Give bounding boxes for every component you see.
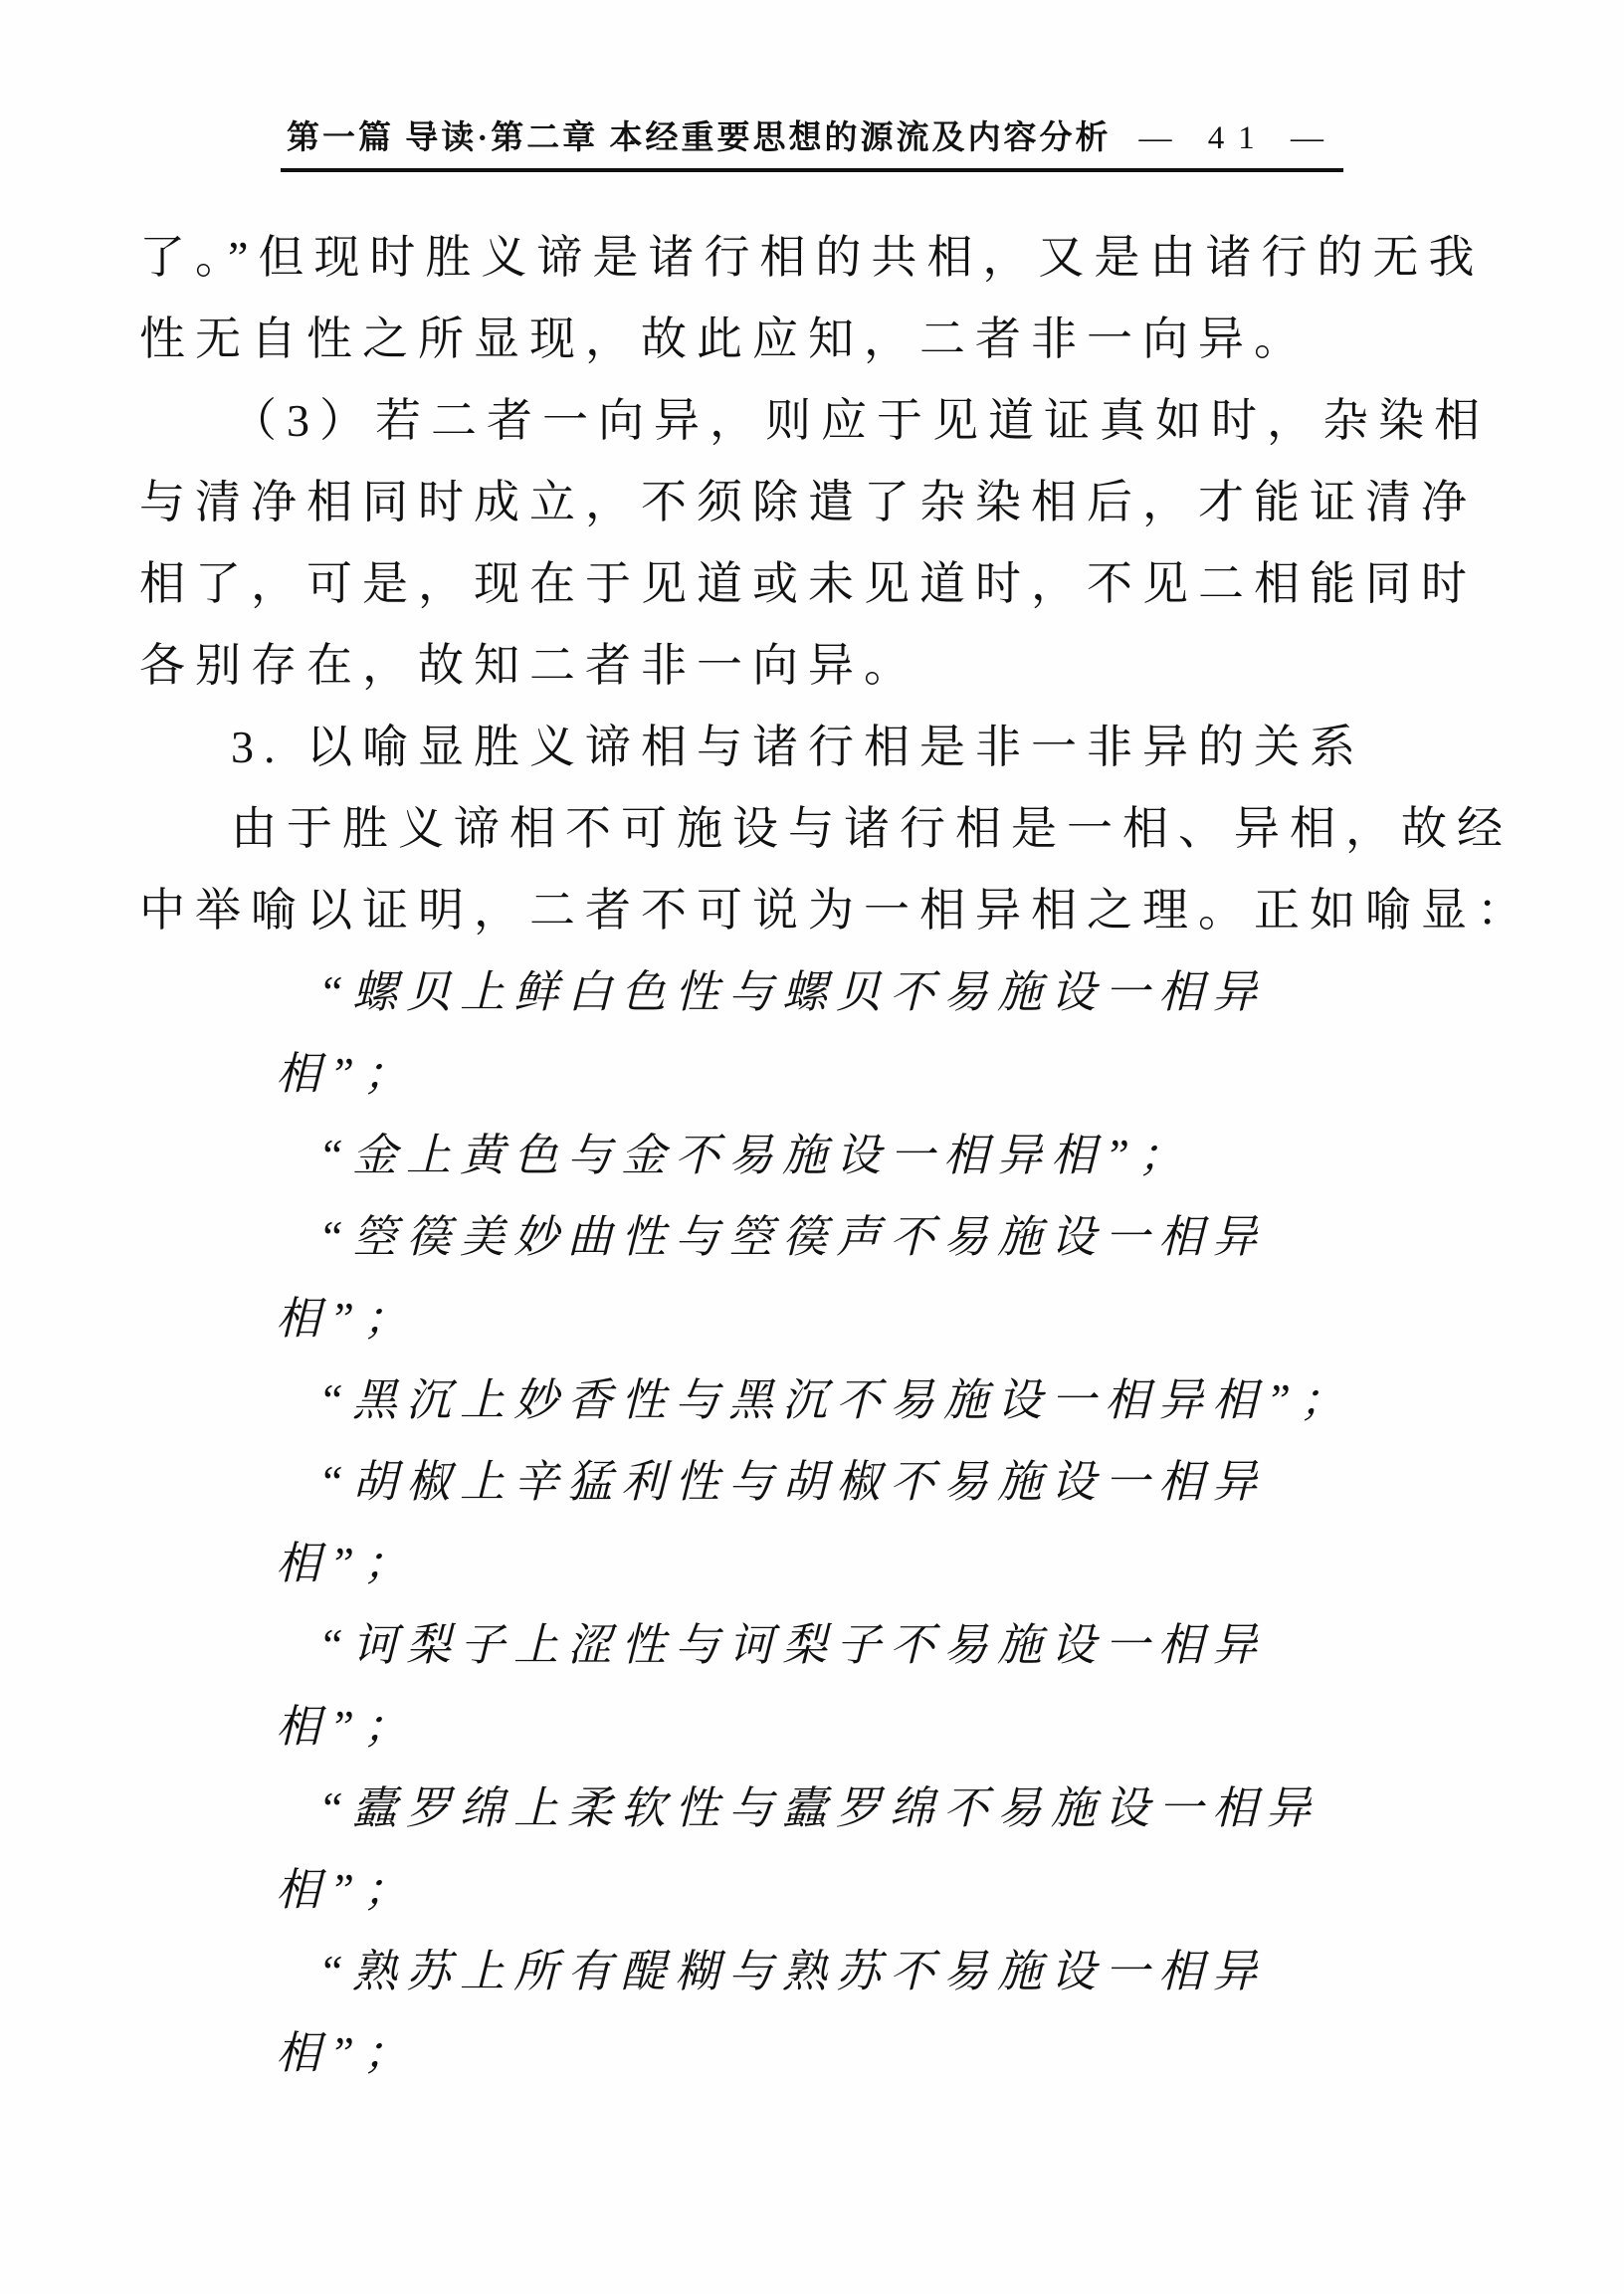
quote-line: “熟苏上所有醍糊与熟苏不易施设一相异 [139, 1931, 1493, 2012]
body-line: 相了，可是，现在于见道或未见道时，不见二相能同时 [139, 543, 1493, 625]
book-page: 第一篇 导读·第二章 本经重要思想的源流及内容分析— 41 — 了。”但现时胜义… [0, 0, 1624, 2294]
quote-line: “蠹罗绵上柔软性与蠹罗绵不易施设一相异 [139, 1768, 1493, 1849]
quote-continuation: 相”； [139, 2012, 1493, 2094]
page-body: 了。”但现时胜义谛是诸行相的共相，又是由诸行的无我 性无自性之所显现，故此应知，… [139, 217, 1493, 2094]
body-line: 性无自性之所显现，故此应知，二者非一向异。 [139, 299, 1493, 380]
paragraph-start: （3）若二者一向异，则应于见道证真如时，杂染相 [139, 380, 1493, 462]
body-line: 中举喻以证明，二者不可说为一相异相之理。正如喻显： [139, 870, 1493, 951]
page-number: — 41 — [1139, 120, 1338, 156]
body-line: 各别存在，故知二者非一向异。 [139, 625, 1493, 707]
chapter-title: 第一篇 导读·第二章 本经重要思想的源流及内容分析 [287, 120, 1112, 156]
running-header: 第一篇 导读·第二章 本经重要思想的源流及内容分析— 41 — [0, 111, 1624, 172]
quote-line: “胡椒上辛猛利性与胡椒不易施设一相异 [139, 1441, 1493, 1523]
quote-line: “箜篌美妙曲性与箜篌声不易施设一相异 [139, 1196, 1493, 1278]
body-line: 与清净相同时成立，不须除遣了杂染相后，才能证清净 [139, 462, 1493, 543]
quote-continuation: 相”； [139, 1278, 1493, 1359]
body-line: 了。”但现时胜义谛是诸行相的共相，又是由诸行的无我 [139, 217, 1493, 299]
quote-line: “诃梨子上涩性与诃梨子不易施设一相异 [139, 1604, 1493, 1686]
quote-continuation: 相”； [139, 1523, 1493, 1604]
quote-continuation: 相”； [139, 1033, 1493, 1115]
running-header-rule: 第一篇 导读·第二章 本经重要思想的源流及内容分析— 41 — [281, 111, 1343, 172]
quote-line: “黑沉上妙香性与黑沉不易施设一相异相”； [139, 1359, 1493, 1441]
quote-continuation: 相”； [139, 1686, 1493, 1768]
quote-continuation: 相”； [139, 1849, 1493, 1931]
quote-line: “金上黄色与金不易施设一相异相”； [139, 1115, 1493, 1196]
paragraph-start: 由于胜义谛相不可施设与诸行相是一相、异相，故经 [139, 788, 1493, 870]
section-heading: 3. 以喻显胜义谛相与诸行相是非一非异的关系 [139, 707, 1493, 788]
quote-line: “螺贝上鲜白色性与螺贝不易施设一相异 [139, 951, 1493, 1033]
